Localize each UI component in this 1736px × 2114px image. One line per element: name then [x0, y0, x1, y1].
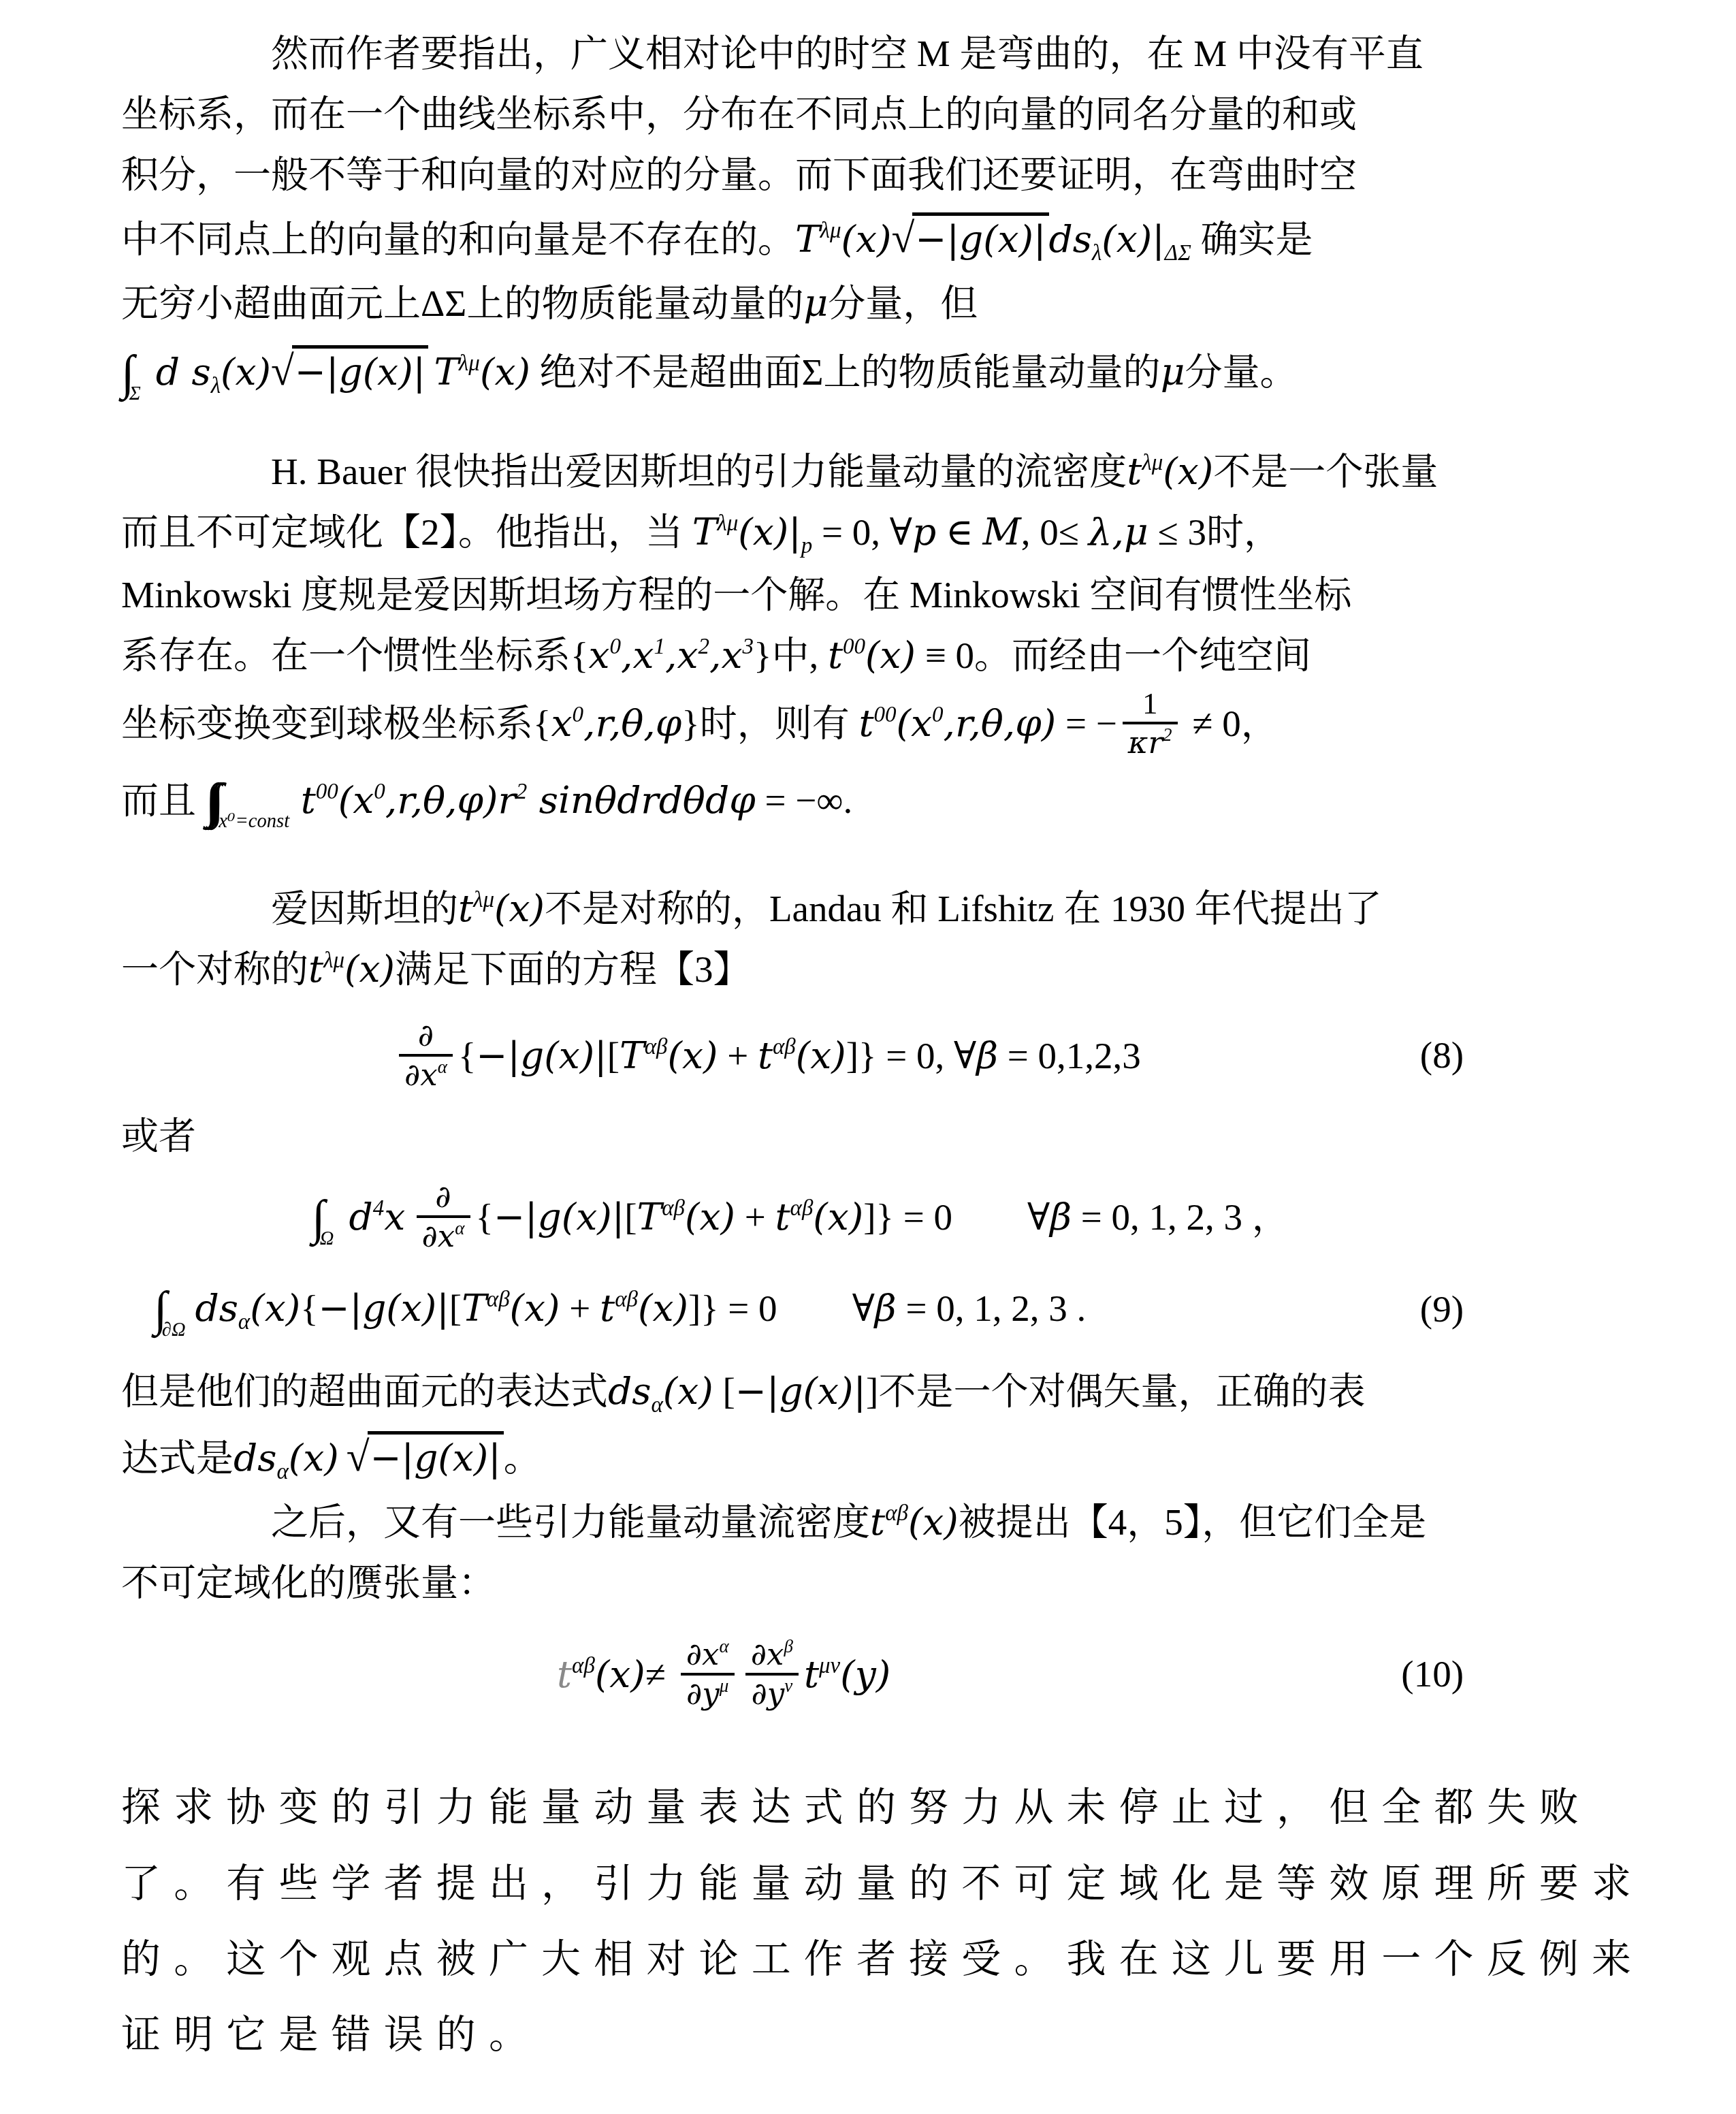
math-superscript: μν: [819, 1654, 840, 1678]
text-run: 确实是: [1191, 219, 1313, 260]
text-run: Minkowski 度规是爱因斯坦场方程的一个解。在 Minkowski 空间有…: [121, 574, 1351, 615]
text-line: ∫Σd sλ(x)√−|g(x)|Tλμ(x) 绝对不是超曲面Σ上的物质能量动量…: [121, 334, 1620, 413]
text-run: {: [300, 1287, 318, 1329]
fraction-denominator: ∂xα: [417, 1215, 470, 1255]
math-run: T: [795, 217, 820, 261]
text-run: ∈: [936, 511, 982, 553]
paragraph-pseudotensor: 之后，又有一些引力能量动量流密度tαβ(x)被提出【4，5】，但它们全是不可定域…: [121, 1492, 1620, 1613]
math-run: x: [551, 702, 572, 746]
math-run: p: [912, 510, 936, 554]
text-run: ]不是一个对偶矢量，正确的表: [866, 1371, 1365, 1412]
math-run: ,r,θ,φ): [944, 702, 1057, 746]
math-run: β: [976, 1034, 998, 1077]
math-superscript: 00: [843, 635, 865, 659]
fraction-numerator: ∂xβ: [745, 1636, 799, 1673]
math-run: t: [804, 1652, 819, 1696]
math-superscript: β: [784, 1636, 792, 1656]
radicand: −|g(x)|: [368, 1431, 504, 1482]
text-run: 不可定域化的赝张量：: [121, 1562, 496, 1603]
math-run: −|g(x)|: [915, 217, 1046, 261]
fraction-numerator: ∂xα: [681, 1636, 735, 1673]
text-run: +: [735, 1197, 775, 1238]
math-fraction: ∂∂xα: [399, 1017, 453, 1093]
math-run: (x): [865, 633, 916, 677]
math-superscript: αβ: [662, 1196, 685, 1221]
math-run: ds: [195, 1286, 238, 1330]
text-run: ≠: [645, 1654, 675, 1695]
document-page: 然而作者要指出，广义相对论中的时空 M 是弯曲的，在 M 中没有平直坐标系，而在…: [0, 0, 1736, 2114]
text-run: 坐标变换变到球极坐标系{: [121, 703, 551, 745]
math-run: (x): [796, 1034, 846, 1077]
text-run: , 0≤: [1021, 511, 1089, 553]
math-superscript: μ: [720, 1676, 729, 1697]
text-run: {: [458, 1035, 476, 1076]
math-run: t: [1127, 449, 1142, 493]
text-line: 达式是dsα(x)√−|g(x)|。: [121, 1424, 1620, 1492]
text-run: 而且不可定域化【2】。他指出，当: [121, 511, 692, 553]
radical-sign: √: [892, 215, 915, 261]
text-line: 坐标变换变到球极坐标系{x0,r,θ,φ}时，则有 t00(x0,r,θ,φ) …: [121, 686, 1620, 761]
math-run: ds: [608, 1369, 651, 1413]
text-run: {: [476, 1197, 494, 1238]
math-run: t: [301, 778, 316, 822]
text-run: [: [607, 1035, 620, 1076]
math-run: λ,μ: [1089, 510, 1148, 554]
math-fraction: ∂xβ∂yν: [745, 1636, 799, 1712]
text-run: 绝对不是超曲面Σ上的物质能量动量的: [530, 351, 1161, 393]
radicand: −|g(x)|: [292, 345, 428, 396]
equation-9: ∫∂Ωdsα(x){−|g(x)|[Tαβ(x) + tαβ(x)]} = 0∀…: [121, 1270, 1620, 1349]
math-run: −|g(x)|: [494, 1196, 624, 1239]
fraction-denominator: κr2: [1123, 722, 1178, 761]
math-run: (x): [841, 217, 892, 261]
text-run: 一个对称的: [121, 948, 308, 990]
math-run-gray: t: [557, 1652, 572, 1696]
paragraph-hypersurface: 但是他们的超曲面元的表达式dsα(x) [−|g(x)|]不是一个对偶矢量，正确…: [121, 1361, 1620, 1492]
math-run: (x): [1163, 449, 1213, 493]
math-run: (x): [480, 350, 530, 394]
text-run: = 0, ∀: [812, 511, 912, 553]
math-run: ∂y: [686, 1676, 720, 1712]
math-subscript: α: [238, 1310, 250, 1334]
text-run: 不是对称的，Landau 和 Lifshitz 在 1930 年代提出了: [545, 888, 1382, 929]
text-run: }中,: [754, 635, 828, 676]
math-run: x: [588, 633, 609, 677]
equation-10-number: (10): [1401, 1644, 1464, 1705]
paragraph-or: 或者: [121, 1106, 1620, 1166]
text-run: 了。有些学者提出，引力能量动量的不可定域化是等效原理所要求: [121, 1860, 1644, 1906]
math-run: x: [384, 1196, 405, 1239]
integral-operator: ∫: [121, 346, 124, 400]
math-superscript: αβ: [572, 1654, 595, 1678]
text-run: 或者: [121, 1115, 196, 1157]
math-run: (x)|: [738, 510, 801, 554]
math-superscript: λμ: [323, 948, 344, 972]
math-superscript: ν: [784, 1676, 792, 1697]
fraction-denominator: ∂xα: [399, 1054, 453, 1093]
text-run: ∀: [852, 1287, 875, 1329]
text-run: 但是他们的超曲面元的表达式: [121, 1371, 608, 1412]
math-superscript: λμ: [717, 511, 738, 536]
math-square-root: √−|g(x)|: [271, 338, 428, 406]
math-run: (x): [908, 1500, 959, 1543]
math-run: (x): [510, 1286, 560, 1330]
math-subscript: Σ: [129, 383, 141, 404]
math-superscript: 00: [316, 780, 338, 804]
text-run: 的。这个观点被广大相对论工作者接受。我在这儿要用一个反例来: [121, 1936, 1644, 1982]
math-fraction: ∂xα∂yμ: [681, 1636, 735, 1712]
equation-9-body: ∫∂Ωdsα(x){−|g(x)|[Tαβ(x) + tαβ(x)]} = 0∀…: [154, 1270, 1086, 1349]
math-square-root: √−|g(x)|: [347, 1424, 504, 1492]
math-run: ∂x: [686, 1636, 720, 1672]
math-square-root: √−|g(x)|: [892, 205, 1049, 273]
math-run: −|g(x)|: [735, 1369, 866, 1413]
math-run: t: [758, 1034, 773, 1077]
fraction-numerator: ∂: [399, 1017, 453, 1054]
math-run: T: [434, 350, 459, 394]
math-run: t: [870, 1500, 885, 1543]
text-line: 证明它是错误的。: [121, 1997, 1620, 2072]
math-subscript: α: [651, 1393, 662, 1418]
math-run: β: [1050, 1196, 1072, 1239]
math-run: μ: [803, 281, 828, 325]
math-superscript: 0: [932, 703, 944, 727]
math-run: (x): [638, 1286, 688, 1330]
text-line: 之后，又有一些引力能量动量流密度tαβ(x)被提出【4，5】，但它们全是: [121, 1492, 1620, 1552]
text-run: 达式是: [121, 1437, 234, 1479]
math-run: M: [982, 510, 1020, 554]
math-run: t: [858, 702, 873, 746]
math-run: ∂x: [404, 1057, 438, 1093]
fraction-denominator: ∂yν: [745, 1673, 799, 1712]
integral-operator: ∫: [312, 1191, 315, 1245]
text-line: 了。有些学者提出，引力能量动量的不可定域化是等效原理所要求: [121, 1846, 1620, 1921]
paragraph-intro: 然而作者要指出，广义相对论中的时空 M 是弯曲的，在 M 中没有平直坐标系，而在…: [121, 23, 1620, 413]
math-subscript: ∂Ω: [162, 1319, 186, 1341]
math-run: ∂: [418, 1017, 434, 1053]
math-run: (x): [221, 350, 271, 394]
text-line: 而且不可定域化【2】。他指出，当 Tλμ(x)|p = 0, ∀p ∈ M, 0…: [121, 502, 1620, 564]
text-line: 无穷小超曲面元上ΔΣ上的物质能量动量的μ分量，但: [121, 273, 1620, 334]
text-line: 或者: [121, 1106, 1620, 1166]
math-run: −|g(x)|: [476, 1034, 607, 1077]
text-run: +: [560, 1287, 600, 1329]
text-line: 探求协变的引力能量动量表达式的努力从未停止过，但全都失败: [121, 1769, 1620, 1845]
equation-8-body: ∂∂xα{−|g(x)|[Tαβ(x) + tαβ(x)]} = 0, ∀β =…: [393, 1017, 1141, 1093]
math-run: (x): [685, 1196, 735, 1239]
math-run: ,x: [621, 633, 654, 677]
math-run: (x): [289, 1436, 339, 1479]
math-run: t: [458, 886, 473, 930]
text-run: 不是一个张量: [1213, 451, 1438, 492]
integral-operator: ∫: [154, 1282, 157, 1336]
text-run: 系存在。在一个惯性坐标系{: [121, 635, 588, 676]
math-run: ds: [1049, 217, 1092, 261]
math-superscript: αβ: [615, 1287, 638, 1312]
text-run: ]} = 0: [863, 1197, 952, 1238]
text-run: 然而作者要指出，广义相对论中的时空 M 是弯曲的，在 M 中没有平直: [271, 33, 1424, 74]
text-line: 系存在。在一个惯性坐标系{x0,x1,x2,x3}中, t00(x) ≡ 0。而…: [121, 625, 1620, 686]
math-superscript: αβ: [773, 1035, 796, 1059]
text-run: [: [713, 1371, 735, 1412]
text-run: 探求协变的引力能量动量表达式的努力从未停止过，但全都失败: [121, 1784, 1592, 1830]
text-run: = 0, 1, 2, 3 .: [897, 1287, 1087, 1329]
text-run: 爱因斯坦的: [271, 888, 458, 929]
text-run: = 0, 1, 2, 3 ，: [1072, 1197, 1289, 1238]
text-run: 证明它是错误的。: [121, 2011, 541, 2057]
text-run: 。: [504, 1437, 541, 1479]
math-run: T: [620, 1034, 645, 1077]
math-run: −|g(x)|: [295, 350, 425, 394]
math-superscript: λμ: [459, 351, 480, 376]
math-subscript: α: [276, 1460, 288, 1484]
equation-9-number: (9): [1420, 1279, 1464, 1340]
equation-8: ∂∂xα{−|g(x)|[Tαβ(x) + tαβ(x)]} = 0, ∀β =…: [121, 1017, 1620, 1093]
fraction-denominator: ∂yμ: [681, 1673, 735, 1712]
math-run: t: [308, 947, 323, 991]
paragraph-landau-lifshitz: 爱因斯坦的tλμ(x)不是对称的，Landau 和 Lifshitz 在 193…: [121, 878, 1620, 999]
math-run: (x: [897, 702, 932, 746]
text-run: ∀: [1027, 1197, 1050, 1238]
math-run: κr: [1128, 724, 1163, 760]
math-run: d s: [156, 350, 211, 394]
text-line: 爱因斯坦的tλμ(x)不是对称的，Landau 和 Lifshitz 在 193…: [121, 878, 1620, 939]
math-superscript: αβ: [885, 1501, 908, 1525]
text-run: 满足下面的方程【3】: [395, 948, 751, 990]
math-run: T: [462, 1286, 487, 1330]
math-superscript: α: [720, 1636, 729, 1656]
equation-omega-body: ∫Ωd4x∂∂xα{−|g(x)|[Tαβ(x) + tαβ(x)]} = 0∀…: [312, 1179, 1289, 1258]
math-superscript: α: [455, 1219, 464, 1239]
math-run: −|g(x)|: [370, 1436, 501, 1479]
math-superscript: λμ: [473, 887, 494, 912]
text-line: 积分，一般不等于和向量的对应的分量。而下面我们还要证明，在弯曲时空: [121, 144, 1620, 205]
math-run: T: [637, 1196, 662, 1239]
math-run: (y): [840, 1652, 890, 1696]
radical-sign: √: [271, 348, 294, 394]
math-run: ds: [234, 1436, 276, 1479]
math-run: (x): [813, 1196, 863, 1239]
math-superscript: αβ: [645, 1035, 668, 1059]
text-run: 积分，一般不等于和向量的对应的分量。而下面我们还要证明，在弯曲时空: [121, 154, 1357, 195]
text-line: 不可定域化的赝张量：: [121, 1552, 1620, 1613]
text-run: 1: [1142, 686, 1158, 720]
equation-10-body: tαβ(x)≠ ∂xα∂yμ∂xβ∂yνtμν(y): [557, 1636, 890, 1712]
equation-omega: ∫Ωd4x∂∂xα{−|g(x)|[Tαβ(x) + tαβ(x)]} = 0∀…: [121, 1179, 1620, 1258]
text-run: = −: [1056, 703, 1117, 745]
math-subscript: Ω: [320, 1228, 334, 1249]
text-line: Minkowski 度规是爱因斯坦场方程的一个解。在 Minkowski 空间有…: [121, 564, 1620, 625]
text-run: 无穷小超曲面元上ΔΣ上的物质能量动量的: [121, 283, 803, 324]
text-run: 之后，又有一些引力能量动量流密度: [271, 1501, 870, 1543]
text-run: H. Bauer 很快指出爱因斯坦的引力能量动量的流密度: [271, 451, 1127, 492]
math-run: sinθdrdθdφ: [527, 778, 755, 822]
math-superscript: 2: [698, 635, 709, 659]
math-superscript: 1: [654, 635, 665, 659]
math-run: ∂y: [751, 1676, 784, 1712]
text-line: 一个对称的tλμ(x)满足下面的方程【3】: [121, 939, 1620, 999]
math-superscript: λμ: [1142, 451, 1163, 475]
math-run: ,x: [665, 633, 698, 677]
math-run: d: [349, 1196, 373, 1239]
math-superscript: 2: [1163, 725, 1172, 746]
integral-operator: ∫∫∫: [206, 774, 214, 828]
math-superscript: α: [438, 1057, 447, 1077]
text-run: = −∞.: [756, 780, 853, 821]
math-fraction: ∂∂xα: [417, 1179, 470, 1255]
math-run: ,r,θ,φ: [583, 702, 681, 746]
text-run: = 0,1,2,3: [998, 1035, 1141, 1076]
math-run: t: [775, 1196, 790, 1239]
text-run: ≠ 0，: [1183, 703, 1279, 745]
text-run: 分量，但: [828, 283, 978, 324]
math-superscript: 3: [742, 635, 754, 659]
math-subscript: x⁰=const: [219, 811, 289, 832]
equation-10: tαβ(x)≠ ∂xα∂yμ∂xβ∂yνtμν(y) (10): [121, 1636, 1620, 1712]
math-run: (x): [344, 947, 395, 991]
text-run: ≡ 0。而经由一个纯空间: [916, 635, 1311, 676]
text-line: 的。这个观点被广大相对论工作者接受。我在这儿要用一个反例来: [121, 1921, 1620, 1997]
text-run: 中不同点上的向量的和向量是不存在的。: [121, 219, 795, 260]
text-line: 而且 ∫∫∫x⁰=constt00(x0,r,θ,φ)r2 sinθdrdθdφ…: [121, 762, 1620, 841]
math-subscript: λ: [211, 374, 221, 398]
math-subscript: λ: [1092, 241, 1102, 266]
text-run: [: [624, 1197, 637, 1238]
math-run: μ: [1161, 350, 1185, 394]
text-run: 被提出【4，5】，但它们全是: [959, 1501, 1427, 1543]
text-line: 中不同点上的向量的和向量是不存在的。Tλμ(x)√−|g(x)|dsλ(x)|Δ…: [121, 205, 1620, 273]
math-run: ∂x: [422, 1218, 455, 1254]
text-line: 然而作者要指出，广义相对论中的时空 M 是弯曲的，在 M 中没有平直: [121, 23, 1620, 84]
math-run: T: [692, 510, 718, 554]
text-run: }时，则有: [681, 703, 858, 745]
math-run: t: [600, 1286, 615, 1330]
math-run: β: [875, 1286, 897, 1330]
equation-8-number: (8): [1420, 1025, 1464, 1085]
math-run: ,r,θ,φ)r: [385, 778, 516, 822]
math-run: ,x: [709, 633, 743, 677]
math-superscript: λμ: [820, 219, 841, 243]
math-subscript: p: [801, 534, 813, 558]
math-run: (x): [250, 1286, 300, 1330]
math-superscript: 0: [374, 780, 385, 804]
math-superscript: 00: [874, 703, 897, 727]
paragraph-conclusion: 探求协变的引力能量动量表达式的努力从未停止过，但全都失败了。有些学者提出，引力能…: [121, 1769, 1620, 2072]
text-run: ≤ 3时，: [1148, 511, 1281, 553]
math-run: (x)|: [1102, 217, 1164, 261]
math-run: −|g(x)|: [319, 1286, 449, 1330]
math-run: (x): [667, 1034, 718, 1077]
math-run: t: [828, 633, 843, 677]
text-run: 而且: [121, 780, 206, 821]
text-line: 但是他们的超曲面元的表达式dsα(x) [−|g(x)|]不是一个对偶矢量，正确…: [121, 1361, 1620, 1424]
math-run: ∂: [435, 1179, 451, 1215]
math-run: (x: [338, 778, 374, 822]
text-line: 坐标系，而在一个曲线坐标系中，分布在不同点上的向量的同名分量的和或: [121, 84, 1620, 144]
text-run: 分量。: [1185, 351, 1297, 393]
fraction-numerator: ∂: [417, 1179, 470, 1215]
math-superscript: 4: [373, 1196, 385, 1221]
radicand: −|g(x)|: [912, 212, 1048, 263]
math-subscript: ΔΣ: [1165, 241, 1191, 266]
math-run: (x): [595, 1652, 645, 1696]
math-superscript: 0: [609, 635, 621, 659]
math-run: ∂x: [751, 1636, 784, 1672]
radical-sign: √: [347, 1434, 370, 1480]
math-superscript: 0: [572, 703, 583, 727]
paragraph-bauer: H. Bauer 很快指出爱因斯坦的引力能量动量的流密度tλμ(x)不是一个张量…: [121, 441, 1620, 841]
math-run: (x): [494, 886, 545, 930]
text-run: ]} = 0, ∀: [846, 1035, 976, 1076]
text-line: H. Bauer 很快指出爱因斯坦的引力能量动量的流密度tλμ(x)不是一个张量: [121, 441, 1620, 502]
fraction-numerator: 1: [1123, 686, 1178, 722]
text-run: ]} = 0: [688, 1287, 777, 1329]
math-fraction: 1κr2: [1123, 686, 1178, 761]
text-run: +: [718, 1035, 758, 1076]
math-superscript: αβ: [790, 1196, 814, 1221]
math-superscript: 2: [516, 780, 528, 804]
math-run: (x): [663, 1369, 713, 1413]
math-superscript: αβ: [487, 1287, 510, 1312]
text-run: [: [449, 1287, 462, 1329]
text-run: 坐标系，而在一个曲线坐标系中，分布在不同点上的向量的同名分量的和或: [121, 93, 1357, 135]
